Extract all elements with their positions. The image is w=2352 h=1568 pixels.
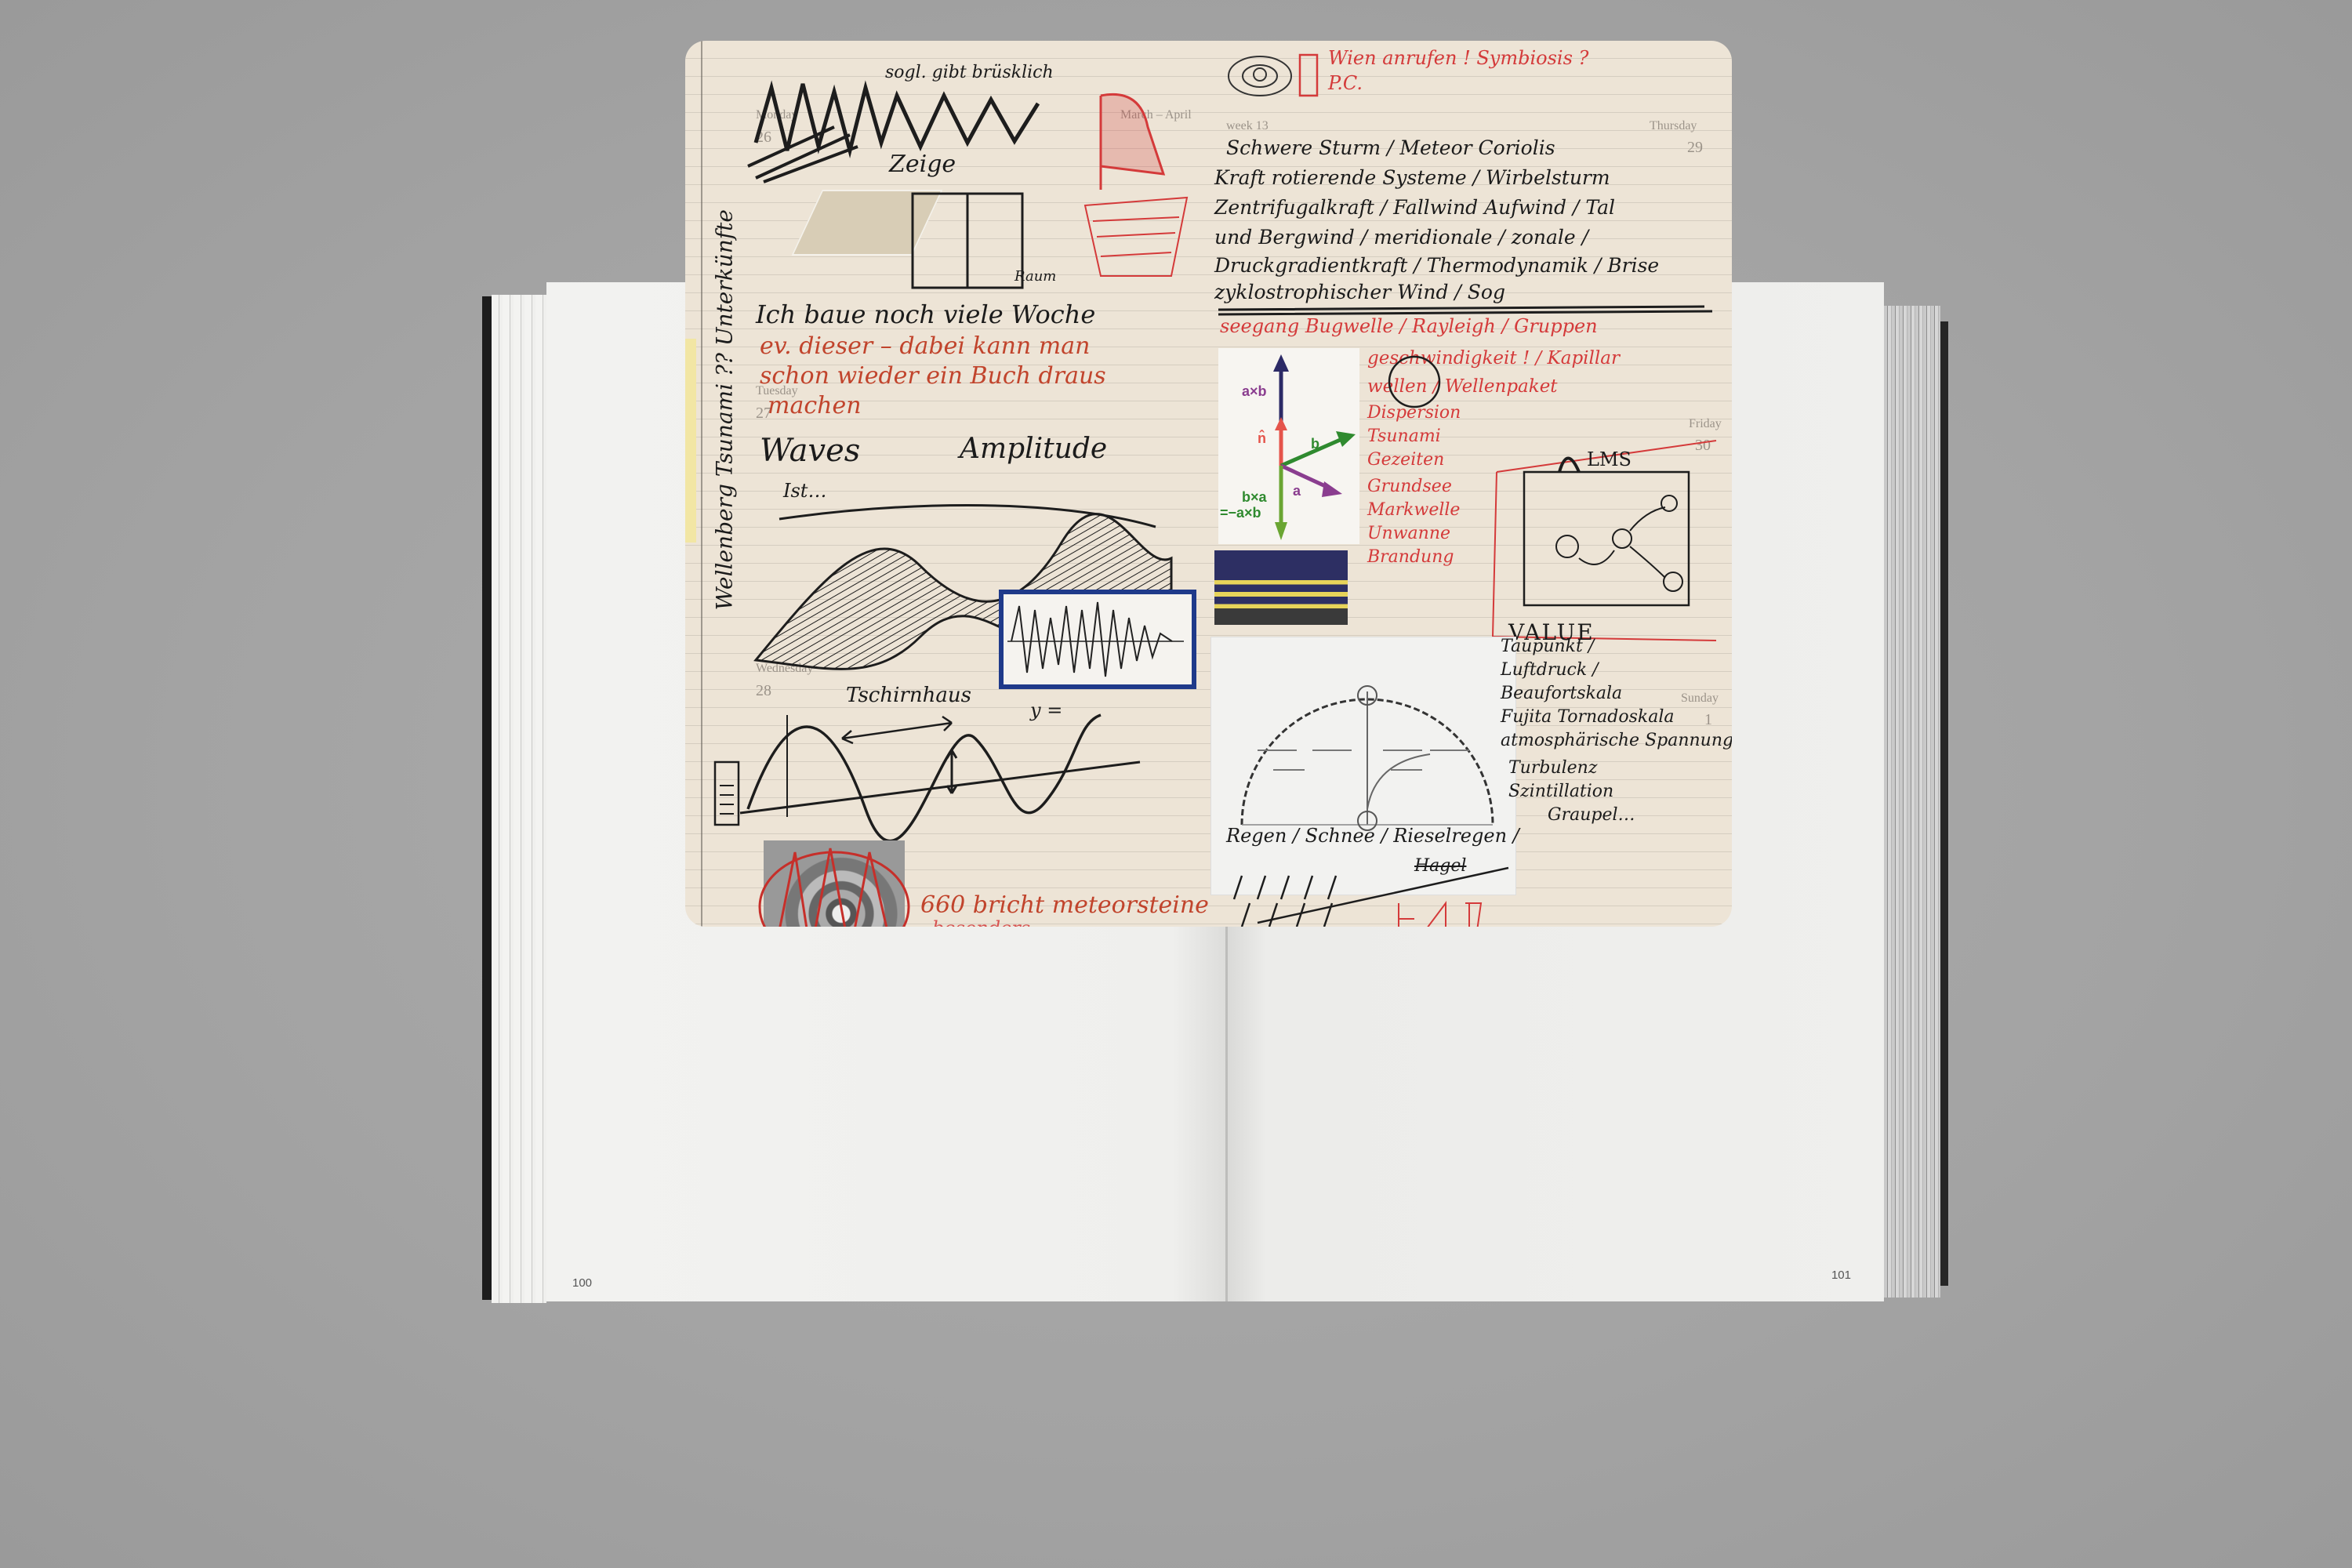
- hw-black-list-item: Fujita Tornadoskala: [1501, 707, 1674, 727]
- page-number-left: 100: [572, 1276, 592, 1290]
- vector-label-neg-axb: =−a×b: [1220, 505, 1261, 521]
- ripple-photo-collage: [764, 840, 905, 927]
- hw-red-footer: 660 bricht meteorsteine: [920, 891, 1209, 919]
- hw-black-list-item: Szintillation: [1508, 782, 1613, 801]
- hw-red-line: Tsunami: [1367, 426, 1441, 446]
- vector-label-bxa: b×a: [1242, 489, 1267, 506]
- hw-black-line: Druckgradientkraft / Thermodynamik / Bri…: [1214, 254, 1659, 277]
- hw-red-line: seegang Bugwelle / Rayleigh / Gruppen: [1220, 315, 1598, 337]
- hw-black-list-item: Graupel…: [1548, 805, 1635, 825]
- vector-label-axb: a×b: [1242, 383, 1267, 400]
- printed-date-28: 28: [756, 682, 771, 700]
- hw-black-line: Kraft rotierende Systeme / Wirbelsturm: [1214, 166, 1610, 189]
- red-ship-sketch: [1077, 80, 1195, 292]
- notebook-scan-right: Wien anrufen ! Symbiosis ? P.C. week 13 …: [1210, 41, 1732, 927]
- printed-day-friday: Friday: [1689, 417, 1722, 431]
- hw-red-line: Grundsee: [1367, 477, 1452, 496]
- book-cover-left-edge: [482, 296, 492, 1300]
- vector-cross-product-diagram: a×b n̂ b a b×a =−a×b: [1218, 348, 1359, 544]
- hw-black-list-item: Luftdruck /: [1501, 660, 1599, 680]
- red-zigzag-overlay: [756, 837, 913, 927]
- hw-line-red-2: schon wieder ein Buch draus: [760, 362, 1106, 390]
- hw-waves: Waves: [760, 433, 860, 469]
- printed-week-label: week 13: [1226, 119, 1269, 133]
- red-phone-doodle: [1295, 49, 1327, 103]
- hw-red-top: Wien anrufen ! Symbiosis ?: [1328, 47, 1588, 69]
- hw-red-line: Markwelle: [1367, 500, 1460, 520]
- hw-line-black-1: Ich baue noch viele Woche: [756, 299, 1095, 329]
- spiral-doodle: [1225, 49, 1295, 103]
- page-edges-left: [492, 295, 546, 1303]
- phone-doodle: [709, 746, 756, 833]
- black-circled-doodle: [1371, 354, 1457, 409]
- notebook-margin-line: [701, 41, 702, 927]
- hw-line-red-1: ev. dieser – dabei kann man: [760, 332, 1090, 360]
- hw-line-red-3: machen: [768, 392, 862, 419]
- hw-black-list-item: atmosphärische Spannung: [1501, 731, 1732, 750]
- hw-red-footer-2: besonders: [932, 917, 1030, 927]
- hw-red-line: Unwanne: [1367, 524, 1450, 543]
- hw-black-line: und Bergwind / meridionale / zonale /: [1214, 226, 1588, 249]
- printed-date-1: 1: [1704, 711, 1712, 729]
- hw-red-line: Brandung: [1367, 547, 1454, 567]
- hw-bottom-line: Regen / Schnee / Rieselregen /: [1226, 825, 1519, 847]
- hw-black-list-item: Beaufortskala: [1501, 684, 1622, 703]
- hw-red-top-2: P.C.: [1328, 72, 1363, 94]
- page-edges-right: [1884, 306, 1940, 1298]
- vector-label-b: b: [1311, 436, 1319, 452]
- book-cover-right-edge: [1940, 321, 1948, 1286]
- printed-date-29: 29: [1687, 139, 1703, 157]
- vector-label-a: a: [1293, 483, 1301, 499]
- hw-black-list-item: Turbulenz: [1508, 758, 1597, 778]
- hw-black-line: zyklostrophischer Wind / Sog: [1214, 281, 1505, 303]
- hw-amplitude: Amplitude: [960, 433, 1107, 465]
- lms-value-sketch: [1489, 441, 1724, 644]
- hw-black-line: Zentrifugalkraft / Fallwind Aufwind / Ta…: [1214, 196, 1615, 219]
- hw-raum: Raum: [1014, 268, 1056, 285]
- strata-image-collage: [1214, 550, 1348, 625]
- hw-black-line: Schwere Sturm / Meteor Coriolis: [1226, 136, 1555, 159]
- oscillation-graph: [1004, 594, 1192, 684]
- blue-framed-signal-plot: [999, 590, 1196, 689]
- vector-label-n: n̂: [1258, 430, 1266, 447]
- printed-day-sunday: Sunday: [1681, 691, 1719, 706]
- hw-zeige: Zeige: [889, 151, 956, 178]
- hw-red-line: Gezeiten: [1367, 450, 1444, 470]
- notebook-scan-left: Monday 26 March – April Tuesday 27 Wedne…: [685, 41, 1210, 927]
- page-number-right: 101: [1831, 1269, 1851, 1282]
- hw-black-list-item: Taupunkt /: [1501, 637, 1594, 656]
- printed-day-thursday: Thursday: [1650, 119, 1697, 133]
- hw-lms-label: LMS: [1587, 448, 1632, 470]
- red-bottom-doodles: [1391, 895, 1501, 927]
- hw-tschirnhaus: Tschirnhaus: [846, 684, 971, 707]
- yellow-tab-marker: [685, 339, 696, 543]
